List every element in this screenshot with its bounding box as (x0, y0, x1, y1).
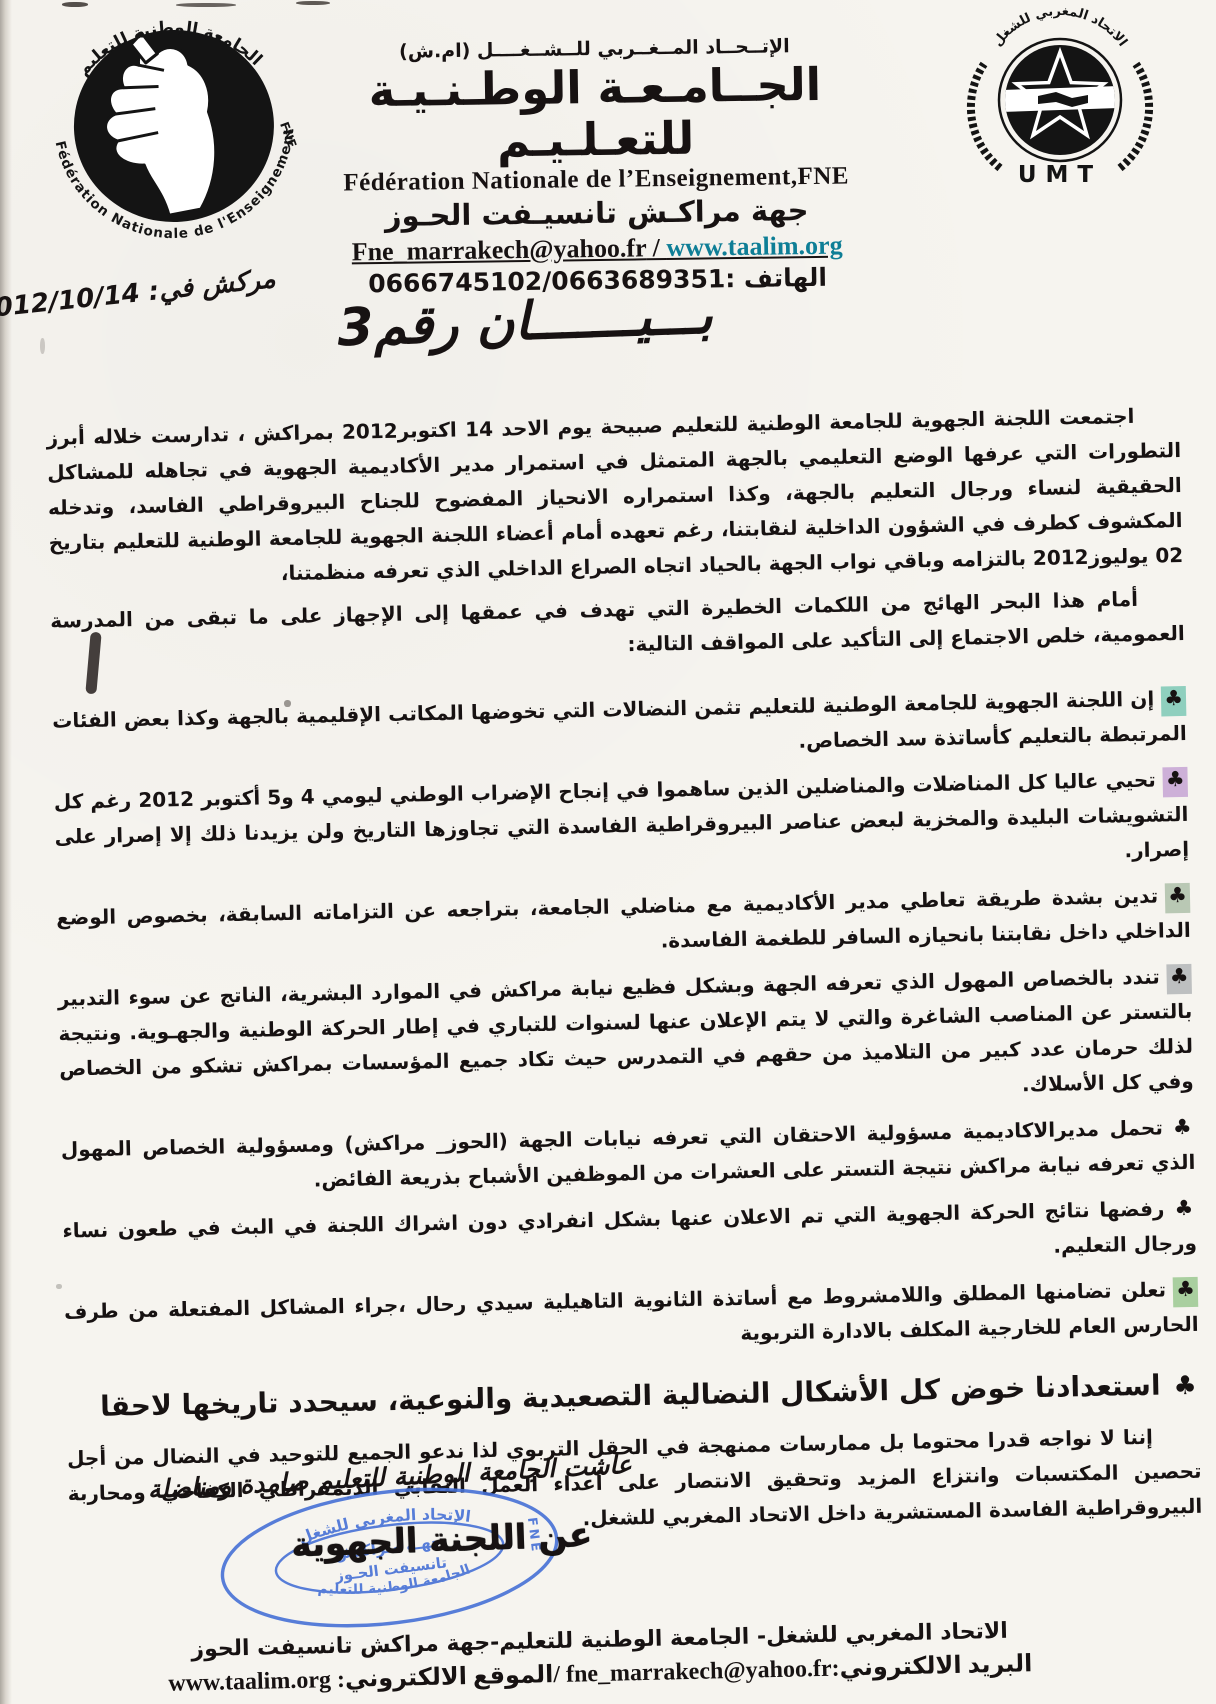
footer-email-link[interactable]: fne_marrakech@yahoo.fr (566, 1656, 832, 1688)
paragraph-context: أمام هذا البحر الهائج من اللكمات الخطيرة… (50, 581, 1185, 674)
club-bullet-icon: ♣ (1171, 1196, 1196, 1226)
scanned-document-page: الجامعة الوطنية للتعليم Fédération Natio… (0, 0, 1216, 1704)
fist-pen-icon: الجامعة الوطنية للتعليم Fédération Natio… (44, 8, 304, 249)
escalation-statement: ♣استعدادنا خوض كل الأشكال النضالية التصع… (66, 1360, 1201, 1432)
umt-logo: الاتحاد المغربي للشغل UMT (942, 6, 1178, 192)
bullet-item: ♣إن اللجنة الجهوية للجامعة الوطنية للتعل… (52, 681, 1187, 774)
bullet-item: ♣تندد بالخصاص المهول الذي تعرفه الجهة وب… (57, 959, 1194, 1122)
website-link[interactable]: www.taalim.org (666, 230, 843, 261)
bullet-text: تندد بالخصاص المهول الذي تعرفه الجهة وبش… (58, 965, 1194, 1097)
scan-speck (296, 1, 330, 5)
bullet-text: رفضها نتائج الحركة الجهوية التي تم الاعل… (62, 1196, 1197, 1257)
phone-label: الهاتف : (725, 262, 827, 292)
letterhead-org-name-arabic: الجــامـعـة الوطـنـيـة للتعـلـيـم (287, 58, 904, 170)
scan-edge-shadow (0, 0, 12, 1704)
document-body: اجتمعت اللجنة الجهوية للجامعة الوطنية لل… (46, 398, 1203, 1555)
bullet-text: تحيي عاليا كل المناضلات والمناضلين الذين… (54, 768, 1190, 863)
bullet-item: ♣تعلن تضامنها المطلق واللامشروط مع أساتذ… (64, 1272, 1199, 1365)
paragraph-intro: اجتمعت اللجنة الجهوية للجامعة الوطنية لل… (46, 398, 1183, 596)
letterhead-region: جهة مراكـش تانسيـفت الحـوز (288, 191, 904, 234)
escalation-text: استعدادنا خوض كل الأشكال النضالية التصعي… (100, 1369, 1161, 1423)
bullet-item: ♣تحمل مديرالاكاديمية مسؤولية الاحتقان ال… (61, 1110, 1196, 1203)
club-bullet-icon: ♣ (1170, 1371, 1200, 1407)
scan-speck (40, 338, 45, 354)
bullet-item: ♣تدين بشدة طريقة تعاطي مدير الأكاديمية م… (56, 878, 1191, 971)
club-bullet-icon: ♣ (1170, 1115, 1195, 1145)
scan-speck (56, 1284, 62, 1289)
bullet-text: تدين بشدة طريقة تعاطي مدير الأكاديمية مع… (56, 884, 1191, 953)
email-link[interactable]: Fne_marrakech@yahoo.fr (351, 233, 646, 266)
footer-email-label: البريد الالكتروني: (831, 1651, 1032, 1682)
club-bullet-icon: ♣ (1173, 1277, 1198, 1307)
footer-site-label: /الموقع الالكتروني: (331, 1662, 567, 1693)
club-bullet-icon: ♣ (1167, 964, 1192, 994)
bullet-item: ♣تحيي عاليا كل المناضلات والمناضلين الذي… (54, 762, 1190, 890)
star-handshake-icon: الاتحاد المغربي للشغل UMT (942, 6, 1178, 192)
scan-speck (62, 2, 88, 7)
svg-text:الاتحاد المغربي للشغل: الاتحاد المغربي للشغل (990, 6, 1130, 49)
umt-logo-acronym: UMT (1018, 162, 1102, 188)
fne-logo: الجامعة الوطنية للتعليم Fédération Natio… (44, 8, 304, 249)
date-line: مركش في: 2012/10/14 (45, 264, 277, 318)
club-bullet-icon: ♣ (1161, 686, 1186, 716)
umt-logo-arabic-text: الاتحاد المغربي للشغل (990, 6, 1130, 49)
contact-separator: / (646, 233, 667, 262)
club-bullet-icon: ♣ (1163, 767, 1188, 797)
bullet-text: تعلن تضامنها المطلق واللامشروط مع أساتذة… (64, 1277, 1199, 1345)
footer-website-link[interactable]: www.taalim.org (168, 1667, 331, 1697)
club-bullet-icon: ♣ (1165, 883, 1190, 913)
scan-speck (176, 3, 236, 7)
bullet-text: تحمل مديرالاكاديمية مسؤولية الاحتقان الت… (61, 1115, 1196, 1191)
bullet-item: ♣رفضها نتائج الحركة الجهوية التي تم الاع… (62, 1191, 1197, 1284)
letterhead: الإتــحــاد المــغــربي للــشــغــــل (ا… (286, 34, 906, 299)
bullet-text: إن اللجنة الجهوية للجامعة الوطنية للتعلي… (52, 687, 1187, 753)
